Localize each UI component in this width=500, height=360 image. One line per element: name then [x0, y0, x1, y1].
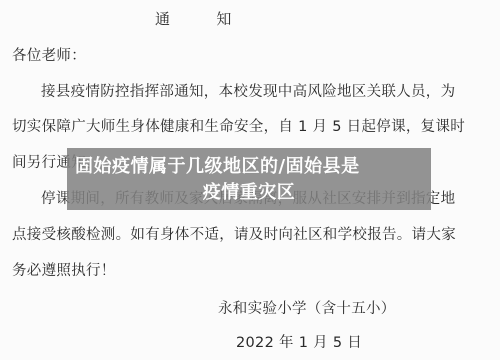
- notice-title: 通知: [155, 8, 232, 29]
- title-char: 通: [155, 8, 170, 29]
- title-char: 知: [216, 8, 231, 29]
- body-line: 接县疫情防控指挥部通知，本校发现中高风险地区关联人员，为: [41, 80, 455, 101]
- signature: 永和实验小学（含十五小）: [218, 297, 396, 318]
- body-line: 切实保障广大师生身体健康和生命安全，自 1 月 5 日起停课，复课时: [12, 115, 465, 136]
- headline-line-1: 固始疫情属于几级地区的/固始县是: [75, 152, 439, 178]
- salutation: 各位老师：: [12, 44, 86, 65]
- headline-overlay: 固始疫情属于几级地区的/固始县是 疫情重灾区: [67, 148, 431, 210]
- body-line: 务必遵照执行！: [12, 259, 116, 280]
- headline-line-2: 疫情重灾区: [67, 178, 431, 204]
- body-line: 点接受核酸检测。如有身体不适，请及时向社区和学校报告。请大家: [12, 223, 456, 244]
- date: 2022 年 1 月 5 日: [236, 331, 362, 352]
